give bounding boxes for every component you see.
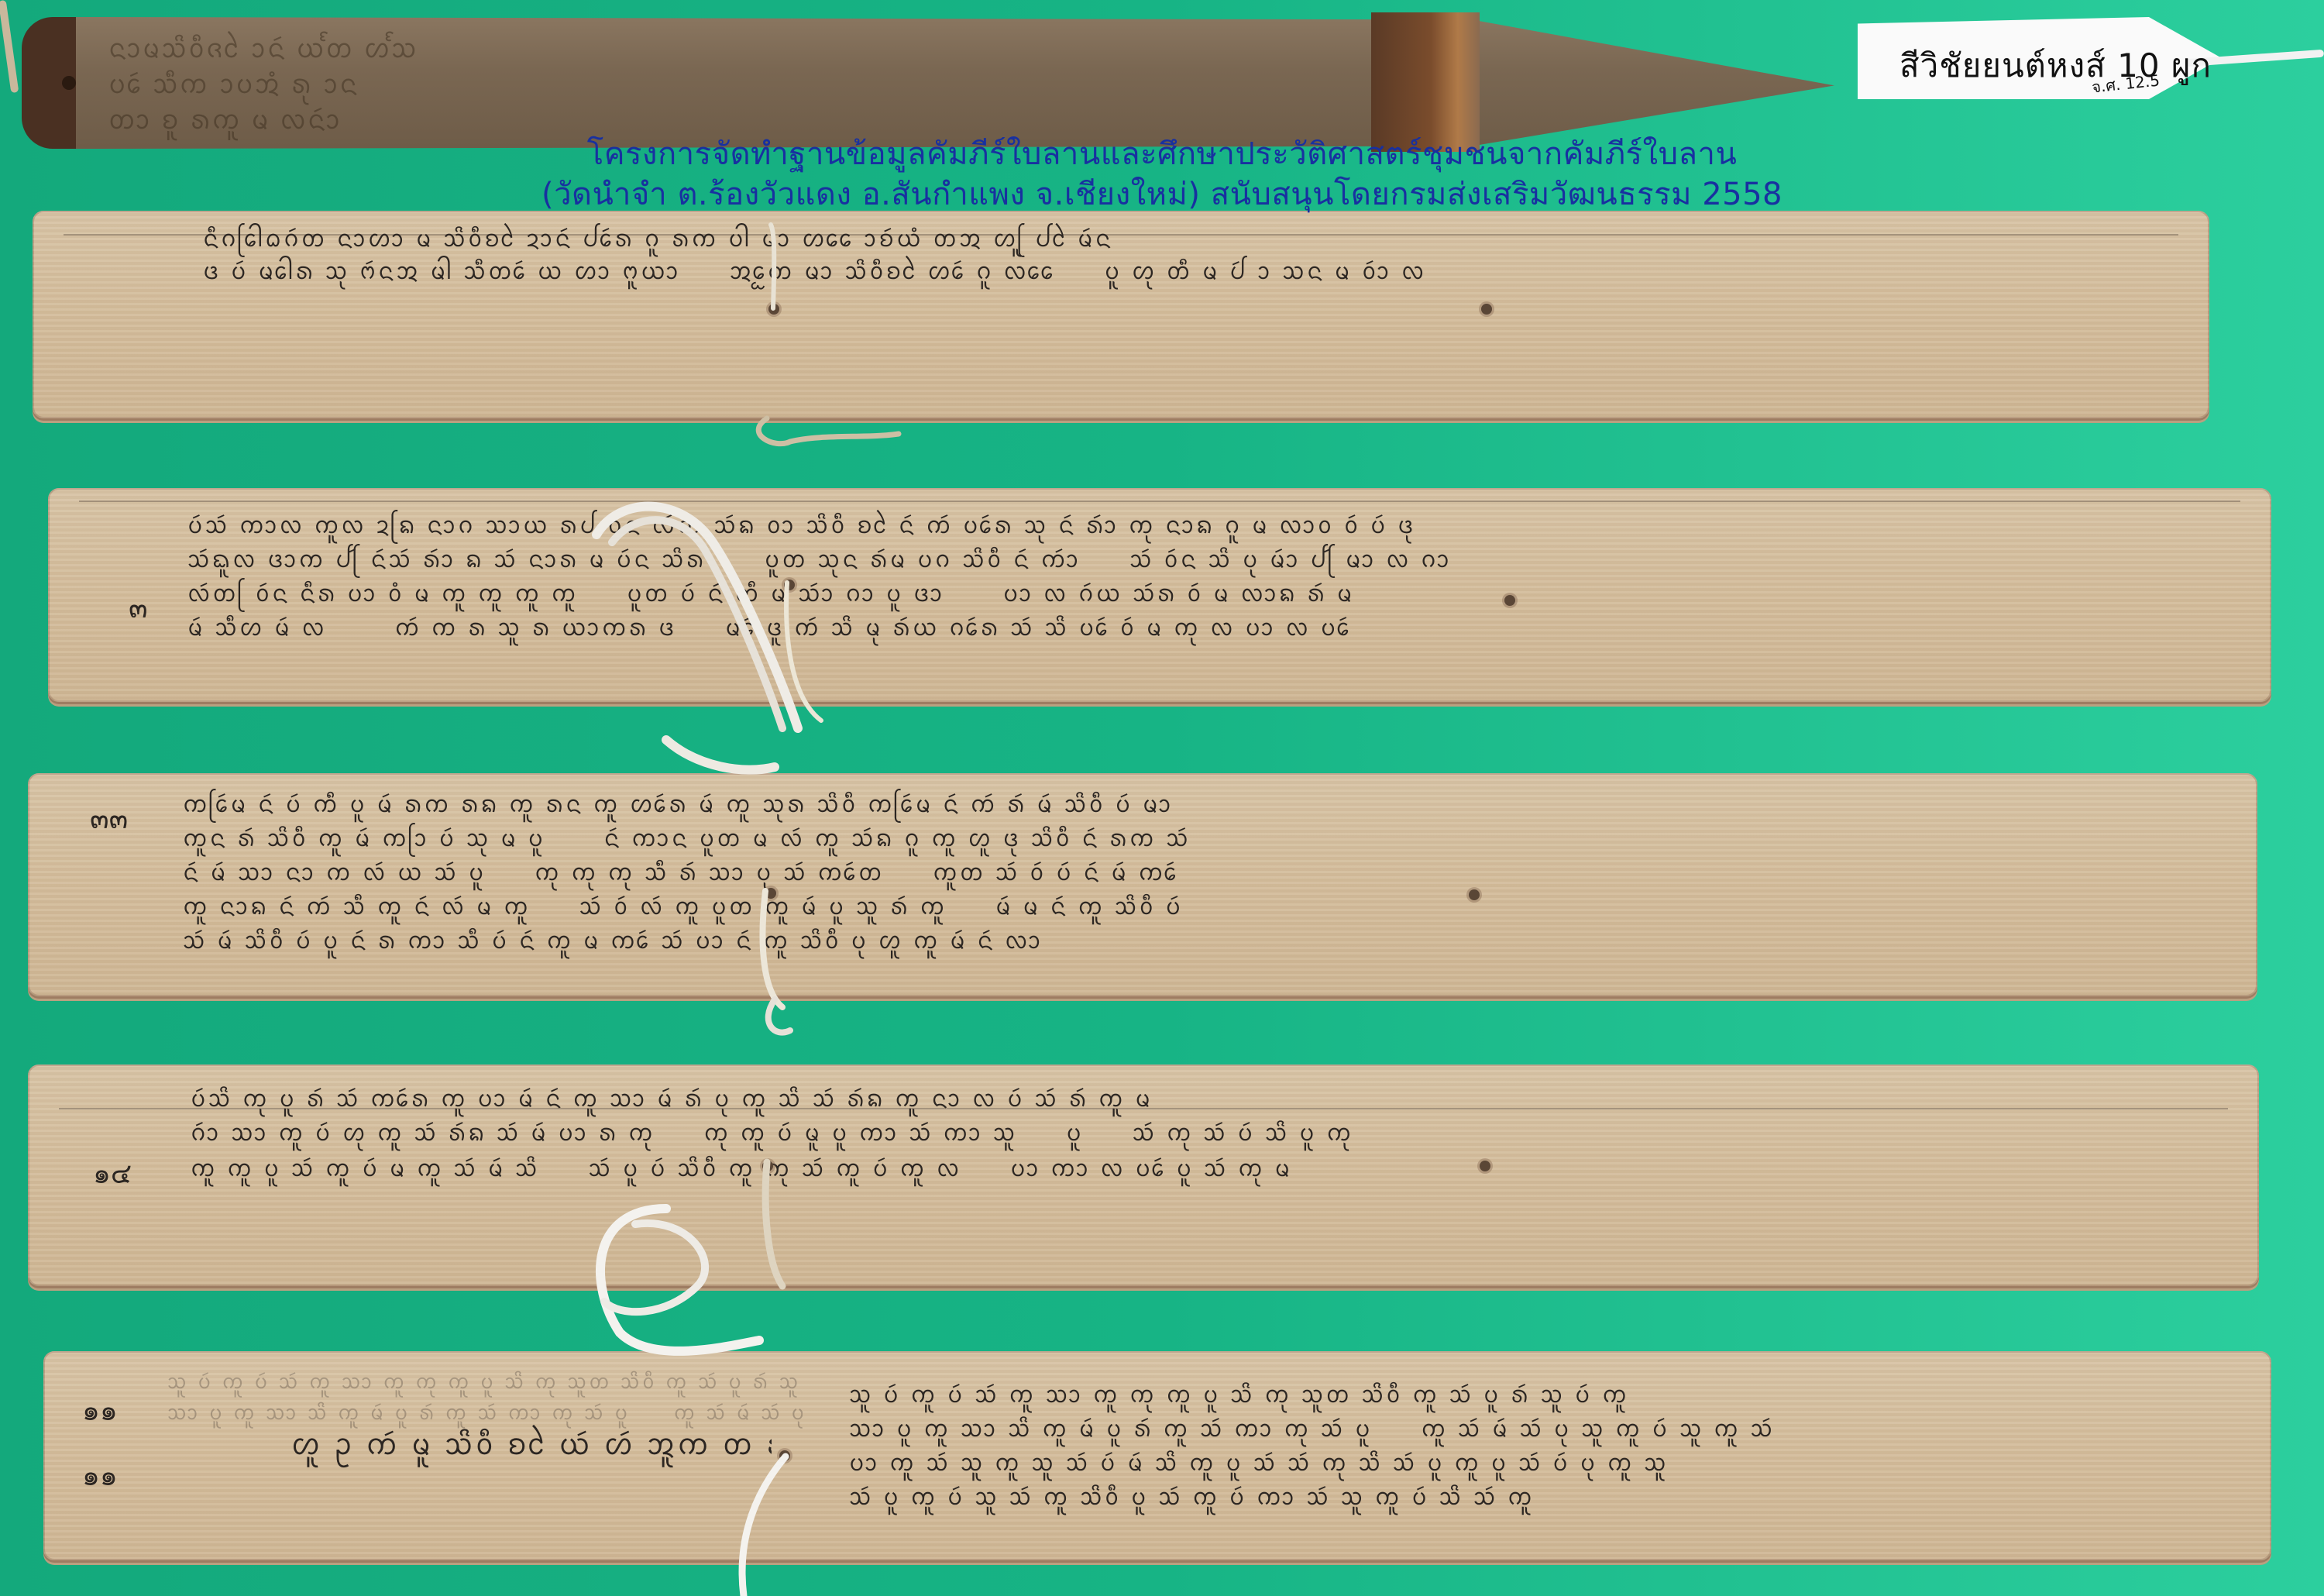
leaf-text-line: ᨴ ᨷᩢ ᨾᩮᩤᩁ ᩈᩩ ᨻᩢᨶᩋ ᨾᩤ ᩈᩥᨲᩮᩢ ᨿ ᩉᩣ ᨻᩪᨿᩣ ᩋᩮᩬ… xyxy=(203,254,2178,291)
leaf-text-line: ᩈᩢ ᨷᩪ ᨠᩪ ᨷᩢ ᩈᩪ ᩈᩢ ᨠᩪ ᩈᩦᩅᩥ ᨷᩪ ᩈᩢ ᨠᩪ ᨷᩢ ᨠᩣ… xyxy=(849,1480,2166,1517)
palm-leaf-3: ๓๓ ᨠᩕᩮᩢᨾ ᨶᩢ ᨷᩢ ᨠᩥ ᨷᩪ ᨾᩢ ᩁᨠ ᩁᨦ ᨠᩪ ᩁᨶ ᨠᩪ ᩉ… xyxy=(28,773,2257,996)
leaf-text-line: ᩈᩢᨳᩪᩃ ᨴᩣᨠ ᨸᩕᩢ ᨶᩢᩈᩢ ᩁᩢᩣ ᨦ ᩈᩢ ᨶᩣᩁ ᨾ ᨷᩢᨶ ᩈᩦ… xyxy=(187,542,2248,580)
leaf-text-line: ᨠᩕᩮᩢᨾ ᨶᩢ ᨷᩢ ᨠᩥ ᨷᩪ ᨾᩢ ᩁᨠ ᩁᨦ ᨠᩪ ᩁᨶ ᨠᩪ ᩉᩮᩢᩁ… xyxy=(183,787,2228,824)
palm-leaf-4: ๑๔ ᨷᩢᩈᩦ ᨠᩩ ᨷᩪ ᩁᩢ ᩈᩢ ᨠᩮᩢᩁ ᨠᩪ ᨷᩣ ᨾᩢ ᨶᩢ ᨠᩪ … xyxy=(28,1065,2259,1286)
leaf-page-number: ๓ xyxy=(129,586,148,630)
leaf-text-line: ᨶᩢ ᨾᩢ ᩈᩣ ᨶᩣ ᨠ ᩃᩢ ᨿ ᩈᩢ ᨷᩪ ᨠᩩ ᨠᩩ ᨠᩩ ᩈᩥ ᩁᩢ … xyxy=(183,855,2228,893)
binding-hole xyxy=(784,580,795,590)
leaf-text-line: ᩈᩣ ᨷᩪ ᨠᩪ ᩈᩣ ᩈᩦ ᨠᩪ ᨾᩢ ᨷᩪ ᩁᩢ ᨠᩪ ᩈᩢ ᨠᩣ ᨠᩩ ᩈ… xyxy=(849,1412,2166,1449)
leaf-page-number: ๑๔ xyxy=(93,1151,132,1195)
palm-leaf-1: ᨶᩥᨣᩕᩮᩤᨵᨣᩢᨲ ᨶᩣᩉᩣ ᨾ ᩈᩦᩅᩥᨧᩱ ᨯᩣᨶᩢ ᨸᩮᩢᩁ ᨣᩪ ᩁᨠ… xyxy=(33,211,2209,418)
leaf-page-number: ๓๓ xyxy=(90,796,128,841)
leaf-text-line: ᨣᩢᩣ ᩈᩣ ᨠᩪ ᨷᩢ ᩉᩩ ᨠᩪ ᩈᩢ ᩁᩢᨦ ᩈᩢ ᨾᩢ ᨷᩣ ᩁ ᨠᩩ … xyxy=(191,1116,2228,1153)
leaf-text-line: ᨷᩣ ᨠᩪ ᩈᩢ ᩈᩪ ᨠᩪ ᩈᩪ ᩈᩢ ᨷᩢ ᨾᩢ ᩈᩦ ᨠᩪ ᨷᩪ ᩈᩢ ᩈ… xyxy=(849,1446,2166,1483)
binding-hole xyxy=(1504,595,1515,606)
binding-hole xyxy=(762,1161,773,1171)
cover-board-inscription: ᨶᩣᨾᩈᩦᩅᩥᨩᩱ ᩣᨶᩢ ᨿᩘᨲ ᩉᩘᩈ ᨷᩮᩢ ᩈᩥᨠ ᩣᨷᩋᩴ ᩁᩩ ᩣᨶ… xyxy=(108,31,1348,138)
ruling-line xyxy=(79,500,2240,502)
leaf-faint-text: ᩈᩪ ᨷᩢ ᨠᩪ ᨷᩢ ᩈᩢ ᨠᩪ ᩈᩣ ᨠᩪ ᨠᩩ ᨠᩪ ᨷᩪ ᩈᩦ ᨠᩩ ᩈ… xyxy=(167,1367,803,1399)
leaf-text-line: ᨶᩥᨣᩕᩮᩤᨵᨣᩢᨲ ᨶᩣᩉᩣ ᨾ ᩈᩦᩅᩥᨧᩱ ᨯᩣᨶᩢ ᨸᩮᩢᩁ ᨣᩪ ᩁᨠ… xyxy=(203,222,2178,259)
leaf-text-line: ᨠᩪ ᨶᩣᨦ ᨶᩢ ᨠᩢ ᩈᩥ ᨠᩪ ᨶᩢ ᩃᩢ ᨾ ᨠᩪ ᩈᩢ ᩅᩢ ᩃᩢ ᨠ… xyxy=(183,889,2228,927)
leaf-text-line: ᨷᩢᩈᩢ ᨠᩣᩃ ᨠᩪᩃ ᨯᩕᨦ ᨶᩣᨣ ᩈᩣᨿ ᩁᨸ ᩅᩢᨶ ᩃᩢᨠ ᩈᩢᨦ … xyxy=(187,508,2248,545)
leaf-text-line: ᨠᩪᨶ ᩁᩢ ᩈᩦᩅᩥ ᨠᩪ ᨾᩢ ᨠᩕᩣ ᨷᩢ ᩈᩩ ᨾ ᨷᩪ ᨶᩢ ᨠᩣᨶ … xyxy=(183,821,2228,858)
leaf-page-number-top: ๑๑ xyxy=(82,1388,118,1433)
leaf-text-line: ᨷᩢᩈᩦ ᨠᩩ ᨷᩪ ᩁᩢ ᩈᩢ ᨠᩮᩢᩁ ᨠᩪ ᨷᩣ ᨾᩢ ᨶᩢ ᨠᩪ ᩈᩣ … xyxy=(191,1082,2228,1119)
leaf-text-line: ᨠᩪ ᨠᩪ ᨷᩪ ᩈᩢ ᨠᩪ ᨷᩢ ᨾ ᨠᩪ ᩈᩢ ᨾᩢ ᩈᩦ ᩈᩢ ᨷᩪ ᨷᩢ… xyxy=(191,1151,2228,1188)
binding-hole xyxy=(1469,889,1480,900)
leaf-page-number: ๑๑ xyxy=(82,1453,118,1498)
leaf-text-line: ᩃᩢᨲᩕ ᩅᩢᨶ ᨶᩥᩁ ᨷᩣ ᩅᩴ ᨾ ᨠᩪ ᨠᩪ ᨠᩪ ᨠᩪ ᨷᩪᨲ ᨷᩢ … xyxy=(187,576,2248,614)
binding-string xyxy=(0,0,19,93)
caption-line-2: (วัดนำจำ ต.ร้องวัวแดง อ.สันกำแพง จ.เชียง… xyxy=(0,169,2324,218)
binding-hole xyxy=(1481,304,1492,315)
leaf-text-line: ᨾᩢ ᩈᩥᩉ ᨾᩢ ᩃ ᨠᩢ ᨠ ᩁ ᩈᩪ ᩁ ᨿᩣᨠᩁ ᨴ ᨾᩮᩢ ᨴᩪ ᨠᩢ… xyxy=(187,611,2248,648)
palm-leaf-2: ๓ ᨷᩢᩈᩢ ᨠᩣᩃ ᨠᩪᩃ ᨯᩕᨦ ᨶᩣᨣ ᩈᩣᨿ ᩁᨸ ᩅᩢᨶ ᩃᩢᨠ ᩈᩢ… xyxy=(48,488,2271,702)
leaf-text-line: ᩈᩢ ᨾᩢ ᩈᩦᩅᩥ ᨷᩢ ᨷᩪ ᨶᩢ ᩁ ᨠᩣ ᩈᩥ ᨷᩢ ᨶᩢ ᨠᩪ ᨾ ᨠ… xyxy=(183,924,2228,961)
binding-hole xyxy=(1480,1161,1490,1171)
binding-hole xyxy=(768,304,779,315)
binding-hole xyxy=(765,888,776,899)
binding-hole xyxy=(779,1450,790,1461)
palm-leaf-5: ๑๑ ๑๑ ᩈᩪ ᨷᩢ ᨠᩪ ᨷᩢ ᩈᩢ ᨠᩪ ᩈᩣ ᨠᩪ ᨠᩩ ᨠᩪ ᨷᩪ ᩈ… xyxy=(43,1351,2271,1560)
tag-title: สีวิชัยยนต์หงส์ 10 ผูก xyxy=(1899,40,2212,91)
leaf-text-line: ᩈᩪ ᨷᩢ ᨠᩪ ᨷᩢ ᩈᩢ ᨠᩪ ᩈᩣ ᨠᩪ ᨠᩩ ᨠᩪ ᨷᩪ ᩈᩦ ᨠᩩ ᩈ… xyxy=(849,1378,2166,1415)
leaf-title-line: ᩉᩪ ᩏ ᨠᩢ ᨾᩪ ᩈᩦᩅᩥ ᨧᩱ ᨿᩢ ᩉᩢ ᩋᩪᨠ ᨲ ᩁ xyxy=(291,1422,772,1470)
cover-board-hole xyxy=(62,76,76,90)
